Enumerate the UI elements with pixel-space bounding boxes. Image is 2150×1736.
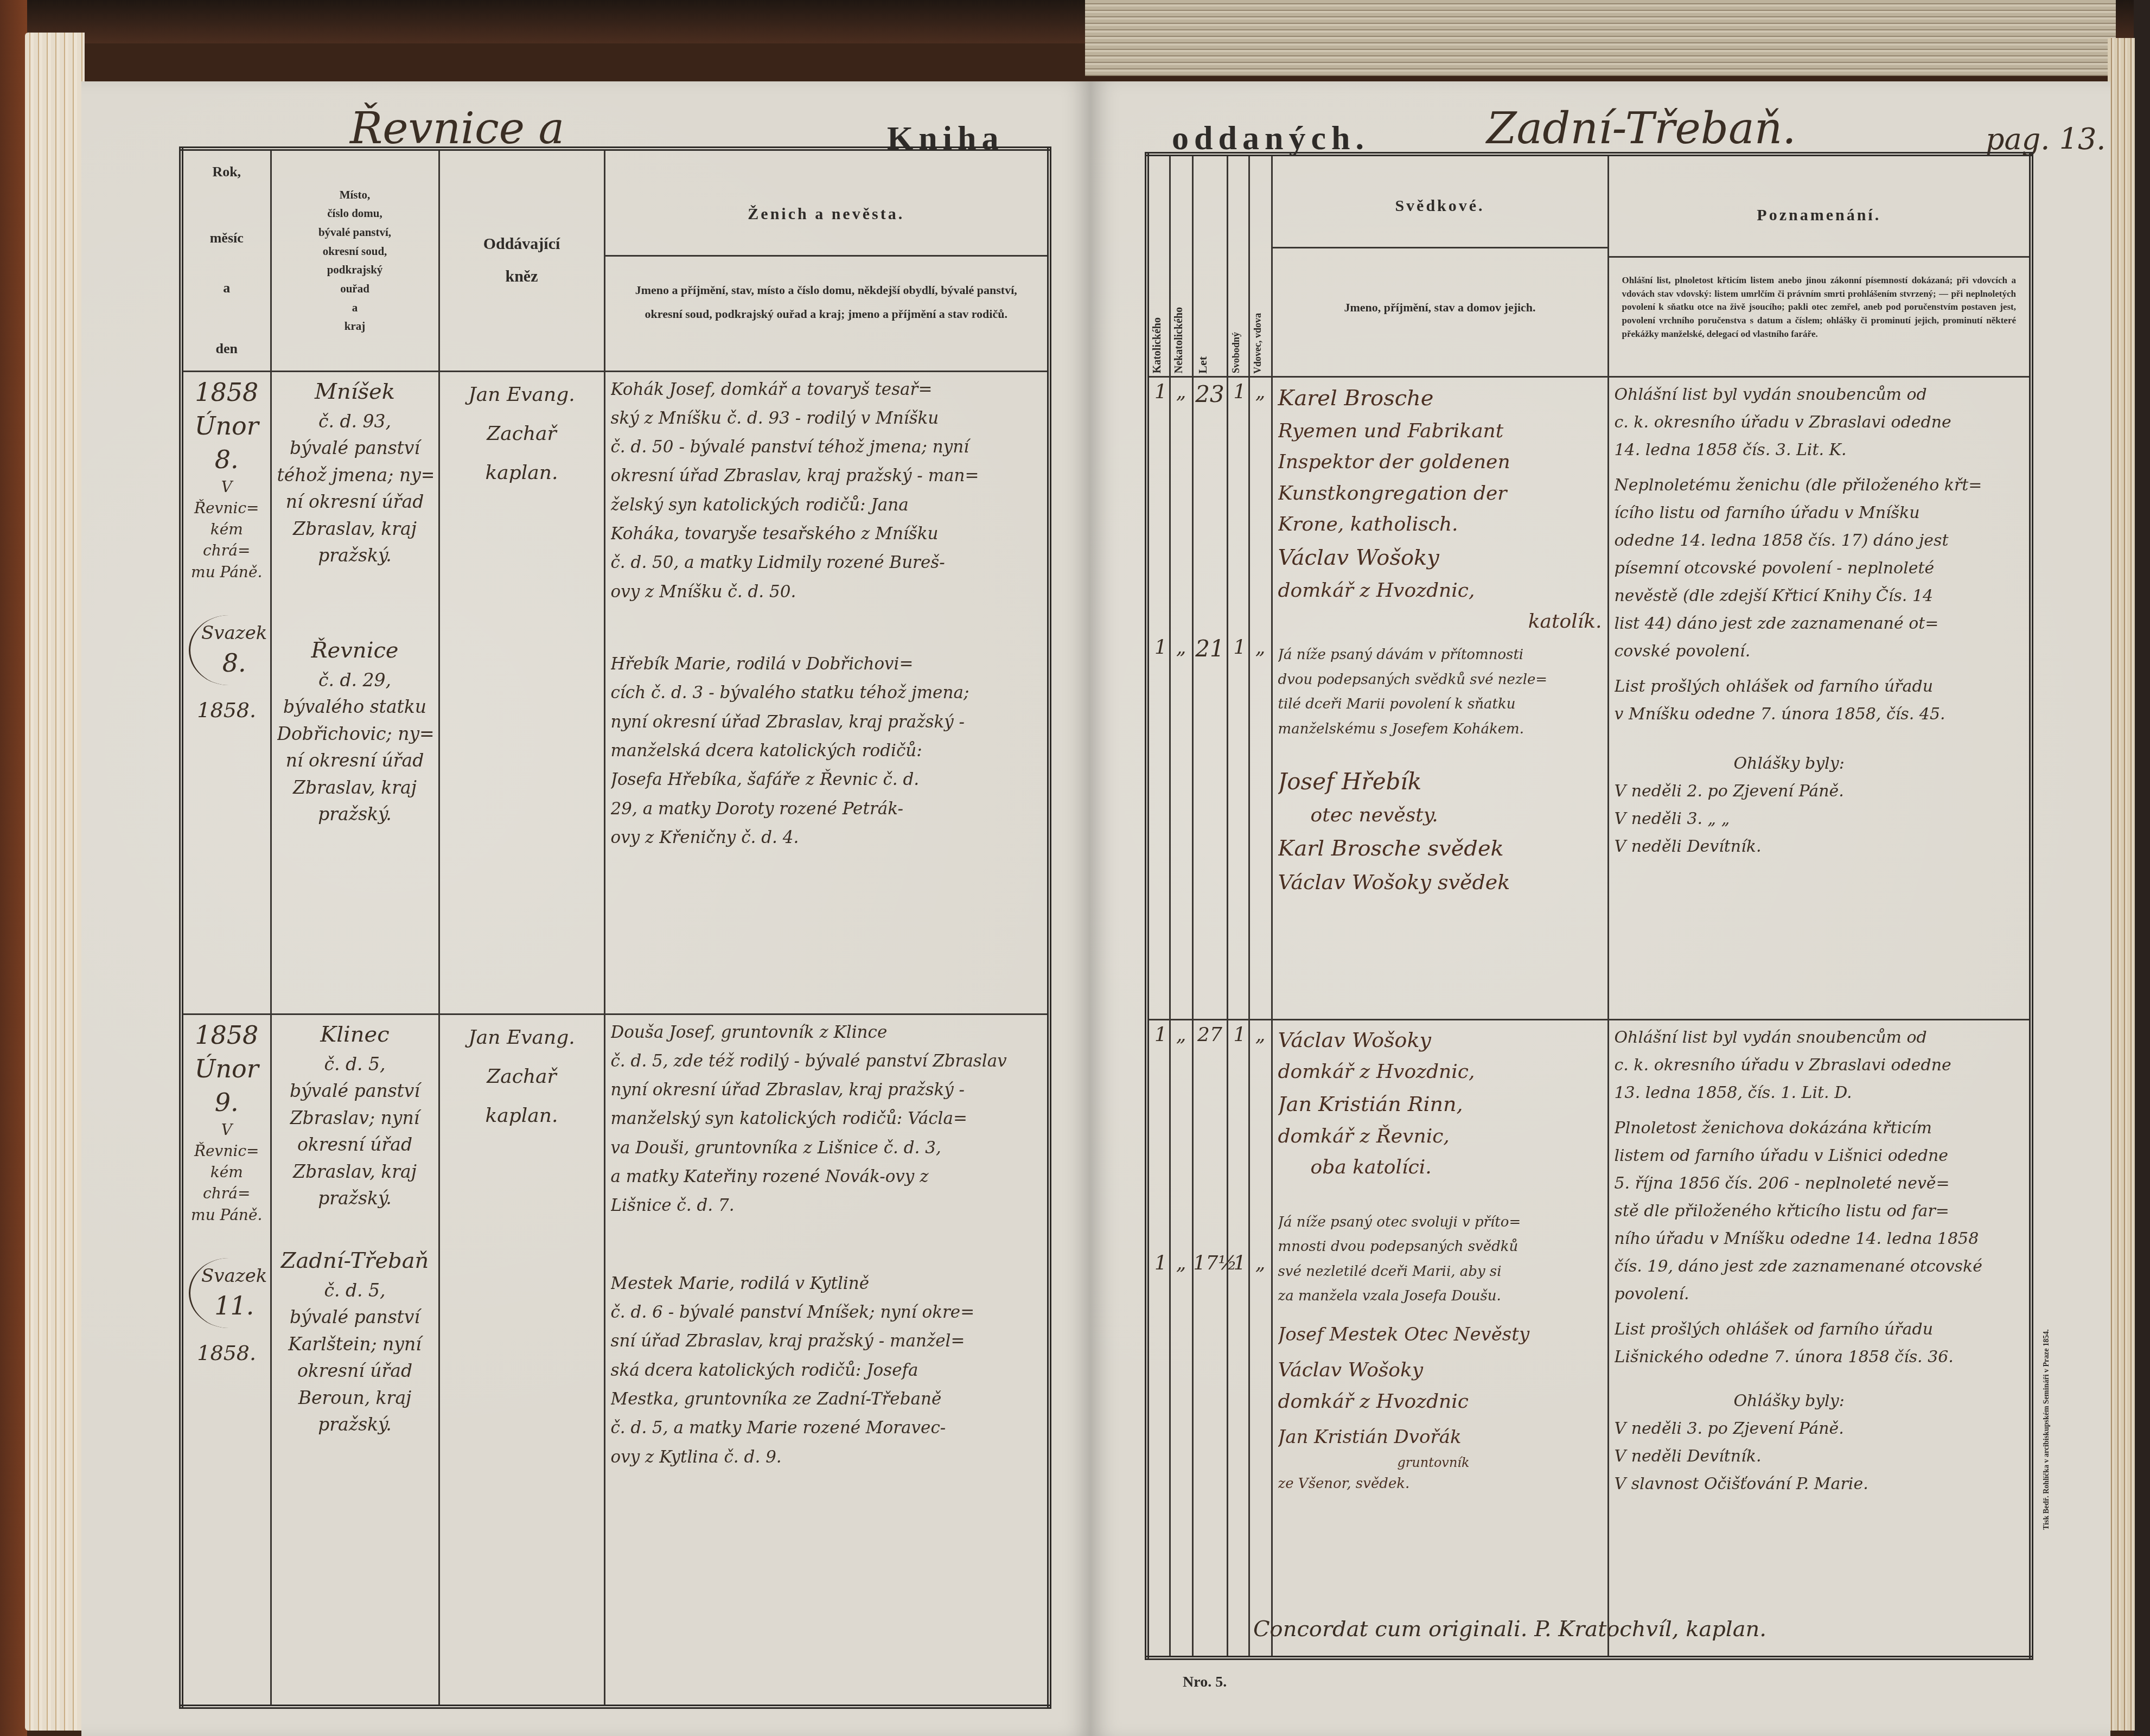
- header-text: a: [189, 274, 265, 302]
- place-line: Zbraslav, kraj: [277, 515, 433, 542]
- note-line: 13. ledna 1858, čís. 1. Lit. D.: [1615, 1079, 2024, 1107]
- groom-line: Douša Josef, gruntovník z Klince: [611, 1018, 1042, 1047]
- note-line: povolení.: [1615, 1280, 2024, 1308]
- groom-noncatholic: „: [1176, 381, 1186, 403]
- footer-signature: Concordat cum originali. P. Kratochvíl, …: [1253, 1617, 1766, 1642]
- header-couple-col: Ženich a nevěsta. Jmeno a příjmění, stav…: [604, 149, 1049, 371]
- place-line: bývalého statku: [277, 693, 433, 720]
- bride-line: ská dcera katolických rodičů: Josefa: [611, 1356, 1042, 1385]
- witness-name: Václav Wošoky: [1278, 540, 1602, 575]
- witness-name: Václav Wošoky: [1278, 1024, 1602, 1057]
- priest-name: Jan Evang.: [445, 375, 598, 414]
- printer-credit: Tisk Bedř. Rohlíčka v arcibiskupském Sem…: [2043, 1291, 2051, 1530]
- entry-witnesses: Václav Wošoky domkář z Hvozdnic, Jan Kri…: [1272, 1019, 1608, 1658]
- header-text: Oddávající: [445, 228, 598, 260]
- svazek-year: 1858.: [189, 1339, 265, 1368]
- bride-line: č. d. 5, a matky Marie rozené Moravec-: [611, 1414, 1042, 1443]
- place-line: č. d. 29,: [277, 667, 433, 694]
- banns-line: V neděli 3. „ „: [1615, 805, 2024, 833]
- groom-place-name: Klinec: [277, 1018, 433, 1051]
- groom-line: želský syn katolických rodičů: Jana: [611, 491, 1042, 520]
- page-number: pag. 13.: [1986, 122, 2106, 156]
- note-line: Ohlášní list byl vydán snoubencům od: [1615, 381, 2024, 409]
- note-line: c. k. okresního úřadu v Zbraslavi odedne: [1615, 409, 2024, 436]
- noncatholic-mark: „ „: [1170, 376, 1192, 1019]
- header-text: ouřad: [277, 279, 433, 298]
- header-date-col: Rok, měsíc a den: [181, 149, 271, 371]
- header-notes-title: Poznamenání.: [1609, 175, 2030, 258]
- father-signature: Josef Hřebík: [1278, 763, 1602, 800]
- note-line: Lišnického odedne 7. února 1858 čís. 36.: [1615, 1343, 2024, 1371]
- header-noncatholic: Nekatolického: [1170, 154, 1192, 376]
- banns-line: V neděli Devítník.: [1615, 1443, 2024, 1470]
- header-couple-subtitle: Jmeno a příjmění, stav, místo a číslo do…: [605, 257, 1048, 348]
- header-couple-title: Ženich a nevěsta.: [605, 174, 1048, 257]
- header-notes: Poznamenání. Ohlášní list, plnoletost kř…: [1608, 154, 2031, 376]
- groom-line: č. d. 50, a matky Lidmily rozené Bureš-: [611, 548, 1042, 577]
- priest-title: kaplan.: [445, 454, 598, 493]
- note-line: listem od farního úřadu v Lišnici odedne: [1615, 1142, 2024, 1170]
- header-text: měsíc: [189, 224, 265, 252]
- witness-line: Ryemen und Fabrikant: [1278, 416, 1602, 447]
- form-number: Nro. 5.: [1183, 1674, 1227, 1691]
- widowed-mark: „ „: [1249, 376, 1272, 1019]
- entry-places: Klinec č. d. 5, bývalé panství Zbraslav;…: [271, 1014, 439, 1707]
- widowed-mark: „ „: [1249, 1019, 1272, 1658]
- entry-couple: Kohák Josef, domkář a tovaryš tesař= ský…: [604, 371, 1049, 1014]
- groom-noncatholic: „: [1176, 1024, 1186, 1046]
- place-line: pražský.: [277, 801, 433, 828]
- place-line: pražský.: [277, 542, 433, 569]
- left-header-row: Rok, měsíc a den Místo, číslo domu, býva…: [181, 149, 1049, 371]
- consent-line: mnosti dvou podepsaných svědků: [1278, 1235, 1602, 1260]
- catholic-mark: 1 1: [1147, 1019, 1170, 1658]
- header-place-col: Místo, číslo domu, bývalé panství, okres…: [271, 149, 439, 371]
- groom-widowed: „: [1255, 381, 1266, 403]
- bride-line: č. d. 6 - bývalé panství Mníšek; nyní ok…: [611, 1298, 1042, 1327]
- bride-place-name: Řevnice: [277, 634, 433, 667]
- place-line: bývalé panství: [277, 1077, 433, 1105]
- svazek-mark: Svazek 11.: [189, 1258, 269, 1329]
- entry-year: 1858: [189, 1018, 265, 1052]
- entry-priest: Jan Evang. Zachař kaplan.: [439, 371, 604, 1014]
- header-notes-subtitle: Ohlášní list, plnoletost křticím listem …: [1609, 258, 2030, 357]
- witness-line: Inspektor der goldenen: [1278, 446, 1602, 478]
- header-widowed: Vdovec, vdova: [1249, 154, 1272, 376]
- groom-line: va Douši, gruntovníka z Lišnice č. d. 3,: [611, 1134, 1042, 1163]
- groom-age: 23: [1194, 381, 1227, 407]
- note-line: Ohlášní list byl vydán snoubencům od: [1615, 1024, 2024, 1051]
- entry-location-line: V Řevnic=: [189, 1119, 265, 1161]
- book-cover-right: [2134, 0, 2150, 1736]
- bride-catholic: 1: [1154, 1252, 1164, 1274]
- header-text: Let: [1196, 356, 1210, 374]
- priest-name: Jan Evang.: [445, 1018, 598, 1057]
- note-line: stě dle přiloženého křticího listu od fa…: [1615, 1197, 2024, 1225]
- leather-binding-left: [0, 0, 27, 1736]
- groom-line: č. d. 50 - bývalé panství téhož jmena; n…: [611, 433, 1042, 462]
- note-line: List prošlých ohlášek od farního úřadu: [1615, 673, 2024, 700]
- right-page: oddaných. Zadní-Třebaň. pag. 13. Katolic…: [1090, 81, 2110, 1736]
- single-mark: 1 1: [1227, 376, 1249, 1019]
- groom-single: 1: [1234, 1024, 1243, 1046]
- header-priest-col: Oddávající kněz: [439, 149, 604, 371]
- note-line: covské povolení.: [1615, 637, 2024, 665]
- bride-noncatholic: „: [1176, 636, 1186, 659]
- consent-line: Já níže psaný dávám v přítomnosti: [1278, 643, 1602, 668]
- note-line: c. k. okresního úřadu v Zbraslavi odedne: [1615, 1051, 2024, 1079]
- note-line: písemní otcovské povolení - neplnoleté: [1615, 554, 2024, 582]
- groom-catholic: 1: [1154, 381, 1164, 403]
- page-edges-top: [1085, 0, 2116, 76]
- witness-signature: Karl Brosche svědek: [1278, 831, 1602, 866]
- place-line: okresní úřad: [277, 1131, 433, 1158]
- entry-day: 8.: [189, 443, 265, 476]
- noncatholic-mark: „ „: [1170, 1019, 1192, 1658]
- banns-line: V neděli 3. po Zjevení Páně.: [1615, 1415, 2024, 1443]
- banns-title: Ohlášky byly:: [1615, 750, 2024, 777]
- header-text: a: [277, 298, 433, 317]
- title-handwritten-right: Zadní-Třebaň.: [1487, 103, 1796, 154]
- bride-age: 17½: [1194, 1252, 1227, 1274]
- entry-month: Únor: [189, 1052, 265, 1086]
- note-line: Neplnoletému ženichu (dle přiloženého kř…: [1615, 471, 2024, 499]
- entry-year: 1858: [189, 375, 265, 409]
- consent-line: za manžela vzala Josefa Doušu.: [1278, 1284, 1602, 1309]
- groom-line: Lišnice č. d. 7.: [611, 1191, 1042, 1220]
- entry-location-line: mu Páně.: [189, 1204, 265, 1226]
- header-text: Rok,: [189, 158, 265, 186]
- place-line: téhož jmena; ny=: [277, 462, 433, 489]
- father-signature: Josef Mestek Otec Nevěsty: [1278, 1320, 1602, 1349]
- witness-line: gruntovník: [1278, 1452, 1602, 1473]
- signature-role: otec nevěsty.: [1278, 800, 1602, 831]
- header-text: Místo,: [277, 186, 433, 205]
- bride-noncatholic: „: [1176, 1252, 1186, 1274]
- left-page: Řevnice a Kniha Rok, měsíc a den Místo, …: [81, 81, 1090, 1736]
- entry-day: 9.: [189, 1086, 265, 1119]
- priest-surname: Zachař: [445, 414, 598, 454]
- header-text: číslo domu,: [277, 204, 433, 223]
- witness-line: katolík.: [1278, 606, 1602, 637]
- header-witnesses-subtitle: Jmeno, příjmění, stav a domov jejich.: [1273, 248, 1607, 366]
- groom-line: ovy z Mníšku č. d. 50.: [611, 578, 1042, 607]
- right-header-row: Katolického Nekatolického Let Svobodný V…: [1147, 154, 2031, 376]
- note-line: list 44) dáno jest zde zaznamenané ot=: [1615, 610, 2024, 637]
- header-catholic: Katolického: [1147, 154, 1170, 376]
- place-line: č. d. 5,: [277, 1277, 433, 1304]
- svazek-label: Svazek: [201, 1263, 267, 1290]
- place-line: č. d. 5,: [277, 1051, 433, 1078]
- bride-line: manželská dcera katolických rodičů:: [611, 737, 1042, 765]
- right-entry-row-1: 1 1 „ „ 23 21 1 1 „ „ Karel Brosche Ryem…: [1147, 376, 2031, 1019]
- place-line: Zbraslav, kraj: [277, 774, 433, 801]
- bride-age: 21: [1194, 635, 1227, 662]
- witness-signature: Václav Wošoky svědek: [1278, 866, 1602, 899]
- consent-line: manželskému s Josefem Kohákem.: [1278, 717, 1602, 742]
- groom-line: a matky Kateřiny rozené Novák-ovy z: [611, 1163, 1042, 1191]
- header-text: kněz: [445, 260, 598, 293]
- banns-line: V neděli Devítník.: [1615, 833, 2024, 860]
- groom-line: ský z Mníšku č. d. 93 - rodilý v Mníšku: [611, 404, 1042, 433]
- place-line: bývalé panství: [277, 1304, 433, 1331]
- bride-line: 29, a matky Doroty rozené Petrák-: [611, 795, 1042, 824]
- entry-notes: Ohlášní list byl vydán snoubencům od c. …: [1608, 1019, 2031, 1658]
- note-line: 14. ledna 1858 čís. 3. Lit. K.: [1615, 436, 2024, 464]
- header-text: Vdovec, vdova: [1252, 313, 1264, 374]
- left-entry-row-1: 1858 Únor 8. V Řevnic= kém chrá= mu Páně…: [181, 371, 1049, 1014]
- entry-location-line: kém chrá=: [189, 519, 265, 561]
- svazek-label: Svazek: [201, 621, 267, 647]
- entry-priest: Jan Evang. Zachař kaplan.: [439, 1014, 604, 1707]
- note-line: ního úřadu v Mníšku odedne 14. ledna 185…: [1615, 1225, 2024, 1253]
- witness-line: domkář z Hvozdnic: [1278, 1386, 1602, 1418]
- note-line: odedne 14. ledna 1858 čís. 17) dáno jest: [1615, 527, 2024, 554]
- header-text: den: [189, 335, 265, 363]
- svazek-number: 11.: [201, 1289, 267, 1323]
- groom-catholic: 1: [1154, 1024, 1164, 1046]
- place-line: pražský.: [277, 1411, 433, 1438]
- bride-line: Mestek Marie, rodilá v Kytlině: [611, 1269, 1042, 1298]
- bride-line: Hřebík Marie, rodilá v Dobřichovi=: [611, 650, 1042, 679]
- catholic-mark: 1 1: [1147, 376, 1170, 1019]
- place-line: Karlštein; nyní: [277, 1331, 433, 1358]
- bride-widowed: „: [1255, 636, 1266, 659]
- entry-location-line: kém chrá=: [189, 1161, 265, 1204]
- note-line: Plnoletost ženichova dokázána křticím: [1615, 1114, 2024, 1142]
- groom-line: okresní úřad Zbraslav, kraj pražský - ma…: [611, 462, 1042, 490]
- note-line: nevěstě (dle zdejší Křticí Knihy Čís. 14: [1615, 582, 2024, 610]
- place-line: pražský.: [277, 1185, 433, 1212]
- consent-line: Já níže psaný otec svoluji v příto=: [1278, 1210, 1602, 1235]
- bride-single: 1: [1234, 1252, 1243, 1274]
- bride-line: nyní okresní úřad Zbraslav, kraj pražský…: [611, 708, 1042, 737]
- bride-single: 1: [1234, 636, 1243, 659]
- groom-single: 1: [1234, 381, 1243, 403]
- svazek-year: 1858.: [189, 696, 265, 725]
- right-entry-row-2: 1 1 „ „ 27 17½ 1 1 „ „ Václav Wošoky dom…: [1147, 1019, 2031, 1658]
- page-edges-right: [2108, 38, 2135, 1731]
- single-mark: 1 1: [1227, 1019, 1249, 1658]
- place-line: ní okresní úřad: [277, 747, 433, 774]
- bride-line: ovy z Kytlina č. d. 9.: [611, 1443, 1042, 1472]
- bride-line: Mestka, gruntovníka ze Zadní-Třebaně: [611, 1385, 1042, 1414]
- header-text: okresní soud,: [277, 242, 433, 261]
- witness-line: domkář z Řevnic,: [1278, 1121, 1602, 1152]
- header-witnesses-title: Svědkové.: [1273, 165, 1607, 248]
- place-line: č. d. 93,: [277, 408, 433, 435]
- groom-line: Kohák Josef, domkář a tovaryš tesař=: [611, 375, 1042, 404]
- bride-line: ovy z Křeničny č. d. 4.: [611, 824, 1042, 852]
- place-line: Beroun, kraj: [277, 1384, 433, 1412]
- header-single: Svobodný: [1227, 154, 1249, 376]
- left-entry-row-2: 1858 Únor 9. V Řevnic= kém chrá= mu Páně…: [181, 1014, 1049, 1707]
- entry-notes: Ohlášní list byl vydán snoubencům od c. …: [1608, 376, 2031, 1019]
- note-line: List prošlých ohlášek od farního úřadu: [1615, 1316, 2024, 1343]
- place-line: bývalé panství: [277, 435, 433, 462]
- witness-line: oba katolíci.: [1278, 1152, 1602, 1183]
- place-line: Zbraslav, kraj: [277, 1158, 433, 1185]
- witness-name: Jan Kristián Rinn,: [1278, 1088, 1602, 1121]
- priest-title: kaplan.: [445, 1096, 598, 1135]
- entry-date: 1858 Únor 9. V Řevnic= kém chrá= mu Páně…: [181, 1014, 271, 1707]
- consent-line: své nezletilé dceři Marii, aby si: [1278, 1260, 1602, 1285]
- note-line: v Mníšku odedne 7. února 1858, čís. 45.: [1615, 700, 2024, 728]
- svazek-mark: Svazek 8.: [189, 615, 269, 686]
- witness-line: domkář z Hvozdnic,: [1278, 1056, 1602, 1088]
- groom-age: 27: [1194, 1024, 1227, 1046]
- place-line: ní okresní úřad: [277, 488, 433, 515]
- left-ledger-table: Rok, měsíc a den Místo, číslo domu, býva…: [179, 146, 1051, 1709]
- note-line: ícího listu od farního úřadu v Mníšku: [1615, 499, 2024, 527]
- entry-location-line: mu Páně.: [189, 561, 265, 583]
- age-cell: 23 21: [1192, 376, 1227, 1019]
- age-cell: 27 17½: [1192, 1019, 1227, 1658]
- consent-line: tilé dceři Marii povolení k sňatku: [1278, 692, 1602, 717]
- witness-line: Krone, katholisch.: [1278, 509, 1602, 540]
- banns-title: Ohlášky byly:: [1615, 1387, 2024, 1415]
- header-age: Let: [1192, 154, 1227, 376]
- groom-line: č. d. 5, zde též rodilý - bývalé panství…: [611, 1047, 1042, 1076]
- witness-line: domkář z Hvozdnic,: [1278, 575, 1602, 607]
- witness-signature: Václav Wošoky: [1278, 1355, 1602, 1386]
- note-line: čís. 19, dáno jest zde zaznamenané otcov…: [1615, 1253, 2024, 1280]
- entry-places: Mníšek č. d. 93, bývalé panství téhož jm…: [271, 371, 439, 1014]
- bride-line: sní úřad Zbraslav, kraj pražský - manžel…: [611, 1327, 1042, 1356]
- header-text: podkrajský: [277, 260, 433, 279]
- bride-line: Josefa Hřebíka, šafáře z Řevnic č. d.: [611, 765, 1042, 794]
- witness-name: Karel Brosche: [1278, 381, 1602, 416]
- header-witnesses: Svědkové. Jmeno, příjmění, stav a domov …: [1272, 154, 1608, 376]
- bride-widowed: „: [1255, 1252, 1266, 1274]
- witness-signature: Jan Kristián Dvořák: [1278, 1422, 1602, 1452]
- header-text: Katolického: [1151, 317, 1164, 373]
- priest-surname: Zachař: [445, 1057, 598, 1096]
- witness-line: ze Všenor, svědek.: [1278, 1473, 1602, 1496]
- groom-line: manželský syn katolických rodičů: Václa=: [611, 1105, 1042, 1133]
- bride-place-name: Zadní-Třebaň: [277, 1244, 433, 1277]
- entry-date: 1858 Únor 8. V Řevnic= kém chrá= mu Páně…: [181, 371, 271, 1014]
- entry-location-line: V Řevnic=: [189, 476, 265, 519]
- header-text: Svobodný: [1230, 332, 1242, 373]
- groom-place-name: Mníšek: [277, 375, 433, 408]
- right-ledger-table: Katolického Nekatolického Let Svobodný V…: [1145, 152, 2033, 1660]
- bride-catholic: 1: [1154, 636, 1164, 659]
- page-edges-left: [25, 33, 85, 1731]
- groom-line: nyní okresní úřad Zbraslav, kraj pražský…: [611, 1076, 1042, 1105]
- entry-couple: Douša Josef, gruntovník z Klince č. d. 5…: [604, 1014, 1049, 1707]
- banns-line: V slavnost Očišťování P. Marie.: [1615, 1470, 2024, 1498]
- groom-widowed: „: [1255, 1024, 1266, 1046]
- entry-witnesses: Karel Brosche Ryemen und Fabrikant Inspe…: [1272, 376, 1608, 1019]
- header-text: bývalé panství,: [277, 223, 433, 242]
- place-line: Dobřichovic; ny=: [277, 720, 433, 748]
- entry-month: Únor: [189, 409, 265, 443]
- place-line: okresní úřad: [277, 1357, 433, 1384]
- banns-line: V neděli 2. po Zjevení Páně.: [1615, 777, 2024, 805]
- witness-line: Kunstkongregation der: [1278, 478, 1602, 509]
- note-line: 5. října 1856 čís. 206 - neplnoleté nevě…: [1615, 1170, 2024, 1197]
- header-text: Nekatolického: [1173, 307, 1185, 373]
- svazek-number: 8.: [201, 646, 267, 680]
- header-text: kraj: [277, 317, 433, 336]
- consent-line: dvou podepsaných svědků své nezle=: [1278, 668, 1602, 693]
- groom-line: Koháka, tovaryše tesařského z Mníšku: [611, 520, 1042, 548]
- bride-line: cích č. d. 3 - bývalého statku téhož jme…: [611, 679, 1042, 707]
- place-line: Zbraslav; nyní: [277, 1105, 433, 1132]
